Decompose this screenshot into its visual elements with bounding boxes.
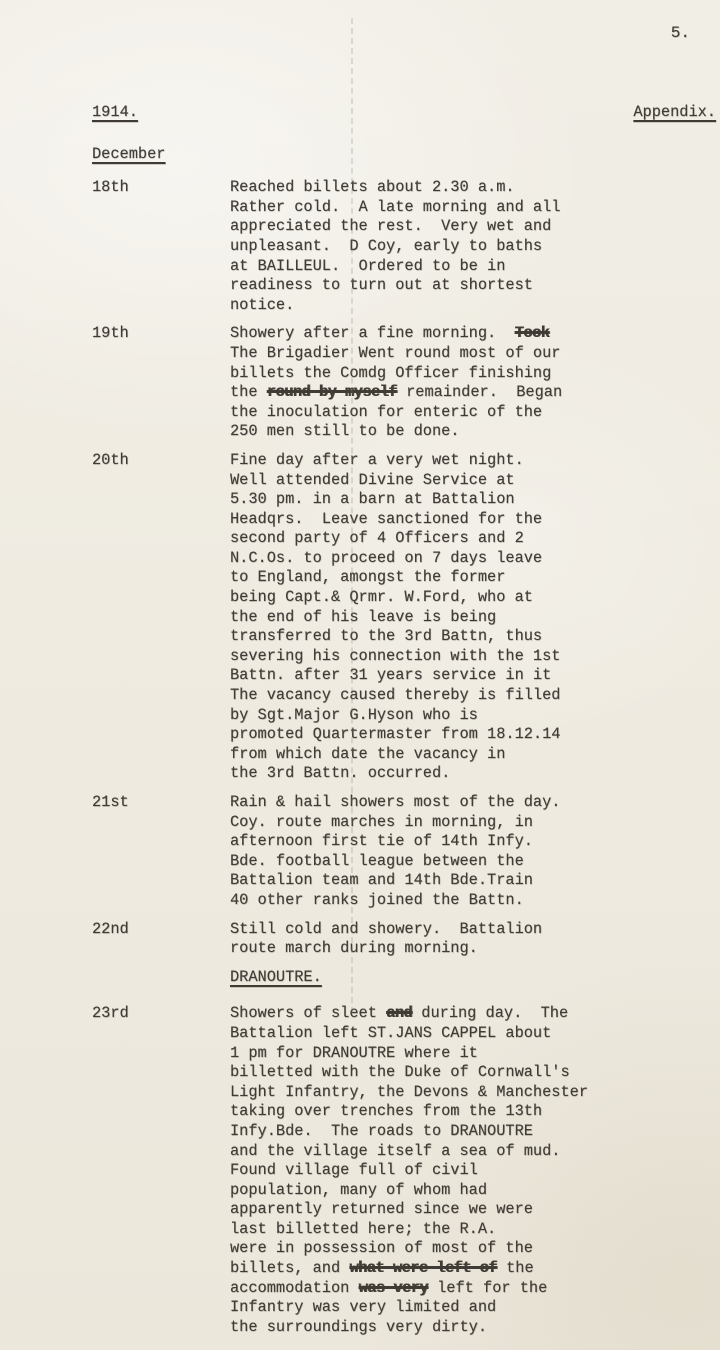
entry-text: The Brigadier Went round most of our (230, 344, 560, 362)
entry-line: Well attended Divine Service at (230, 471, 716, 491)
entry-text: Fine day after a very wet night. (230, 451, 524, 469)
entry-line: taking over trenches from the 13th (230, 1102, 716, 1122)
entry-line: billets, and what were left of the (230, 1259, 716, 1279)
entry-text: Headqrs. Leave sanctioned for the (230, 510, 542, 528)
entry-text: Still cold and showery. Battalion (230, 920, 542, 938)
entry-text: from which date the vacancy in (230, 745, 505, 763)
year-heading: 1914. (92, 103, 138, 123)
entry-line: the round by myself remainder. Began (230, 383, 716, 403)
entry-text: N.C.Os. to proceed on 7 days leave (230, 549, 542, 567)
entry-line: being Capt.& Qrmr. W.Ford, who at (230, 588, 716, 608)
entry-line: route march during morning. (230, 939, 716, 959)
diary-entry: 19thShowery after a fine morning. TookTh… (92, 324, 716, 442)
diary-entry: 20thFine day after a very wet night.Well… (92, 451, 716, 784)
entry-text: being Capt.& Qrmr. W.Ford, who at (230, 588, 533, 606)
entry-line: Rather cold. A late morning and all (230, 198, 716, 218)
entry-text: billets the Comdg Officer finishing (230, 364, 551, 382)
entry-text: the (230, 383, 267, 401)
place-heading-text: DRANOUTRE. (230, 968, 322, 986)
entry-text: The vacancy caused thereby is filled (230, 686, 560, 704)
entry-line: Infantry was very limited and (230, 1298, 716, 1318)
entry-text: the surroundings very dirty. (230, 1318, 487, 1336)
struck-text: Took (515, 324, 550, 342)
entry-line: 1 pm for DRANOUTRE where it (230, 1044, 716, 1064)
entry-line: billets the Comdg Officer finishing (230, 364, 716, 384)
diary-entries: 18thReached billets about 2.30 a.m.Rathe… (92, 178, 716, 1337)
entry-line: readiness to turn out at shortest (230, 276, 716, 296)
entry-text: Showery after a fine morning. (230, 324, 515, 342)
entry-line: Infy.Bde. The roads to DRANOUTRE (230, 1122, 716, 1142)
entry-text: remainder. Began (397, 383, 562, 401)
entry-text: left for the (428, 1279, 547, 1297)
entry-text: accommodation (230, 1279, 359, 1297)
entry-text: Bde. football league between the (230, 852, 524, 870)
entry-text: 250 men still to be done. (230, 422, 460, 440)
entry-text: the (497, 1259, 534, 1277)
entry-line: second party of 4 Officers and 2 (230, 529, 716, 549)
entry-text: taking over trenches from the 13th (230, 1102, 542, 1120)
struck-text: was very (359, 1279, 428, 1297)
entry-text: by Sgt.Major G.Hyson who is (230, 706, 478, 724)
diary-entry: 23rdShowers of sleet and during day. The… (92, 1004, 716, 1337)
month-heading: December (92, 145, 716, 165)
entry-text: transferred to the 3rd Battn, thus (230, 627, 542, 645)
entry-line: transferred to the 3rd Battn, thus (230, 627, 716, 647)
entry-line: accommodation was very left for the (230, 1279, 716, 1299)
entry-text: promoted Quartermaster from 18.12.14 (230, 725, 560, 743)
entry-line: notice. (230, 296, 716, 316)
entry-line: the surroundings very dirty. (230, 1318, 716, 1338)
document-page: 5. 1914. Appendix. December 18thReached … (0, 0, 720, 1350)
entry-line: Bde. football league between the (230, 852, 716, 872)
entry-lines: Rain & hail showers most of the day.Coy.… (230, 793, 716, 911)
entry-line: 40 other ranks joined the Battn. (230, 891, 716, 911)
entry-text: 40 other ranks joined the Battn. (230, 891, 524, 909)
entry-text: billets, and (230, 1259, 349, 1277)
entry-line: last billetted here; the R.A. (230, 1220, 716, 1240)
entry-line: 5.30 pm. in a barn at Battalion (230, 490, 716, 510)
entry-line: and the village itself a sea of mud. (230, 1142, 716, 1162)
entry-date: 19th (92, 324, 230, 442)
entry-line: to England, amongst the former (230, 568, 716, 588)
entry-text: readiness to turn out at shortest (230, 276, 533, 294)
entry-text: 1 pm for DRANOUTRE where it (230, 1044, 478, 1062)
entry-line: Headqrs. Leave sanctioned for the (230, 510, 716, 530)
entry-line: Showery after a fine morning. Took (230, 324, 716, 344)
struck-text: and (386, 1004, 412, 1022)
entry-text: were in possession of most of the (230, 1239, 533, 1257)
entry-text: notice. (230, 296, 294, 314)
entry-text: Reached billets about 2.30 a.m. (230, 178, 515, 196)
entry-date: 20th (92, 451, 230, 784)
entry-text: the end of his leave is being (230, 608, 496, 626)
entry-line: were in possession of most of the (230, 1239, 716, 1259)
entry-text: billetted with the Duke of Cornwall's (230, 1063, 570, 1081)
entry-line: appreciated the rest. Very wet and (230, 217, 716, 237)
entry-line: Found village full of civil (230, 1161, 716, 1181)
entry-line: Reached billets about 2.30 a.m. (230, 178, 716, 198)
entry-text: Rain & hail showers most of the day. (230, 793, 560, 811)
entry-line: from which date the vacancy in (230, 745, 716, 765)
entry-line: Battalion left ST.JANS CAPPEL about (230, 1024, 716, 1044)
entry-text: population, many of whom had (230, 1181, 487, 1199)
entry-text: unpleasant. D Coy, early to baths (230, 237, 542, 255)
place-heading: DRANOUTRE. (230, 968, 716, 988)
entry-text: Coy. route marches in morning, in (230, 813, 533, 831)
entry-line: at BAILLEUL. Ordered to be in (230, 257, 716, 277)
entry-lines: Reached billets about 2.30 a.m.Rather co… (230, 178, 716, 315)
entry-text: severing his connection with the 1st (230, 647, 560, 665)
entry-text: the 3rd Battn. occurred. (230, 764, 450, 782)
entry-lines: Showers of sleet and during day. TheBatt… (230, 1004, 716, 1337)
entry-text: Rather cold. A late morning and all (230, 198, 560, 216)
entry-line: population, many of whom had (230, 1181, 716, 1201)
entry-line: severing his connection with the 1st (230, 647, 716, 667)
entry-line: 250 men still to be done. (230, 422, 716, 442)
entry-text: Found village full of civil (230, 1161, 478, 1179)
entry-text: during day. The (412, 1004, 568, 1022)
paper-fold-line (351, 18, 353, 1013)
entry-text: second party of 4 Officers and 2 (230, 529, 524, 547)
entry-text: Showers of sleet (230, 1004, 386, 1022)
entry-line: N.C.Os. to proceed on 7 days leave (230, 549, 716, 569)
entry-text: Battalion left ST.JANS CAPPEL about (230, 1024, 551, 1042)
entry-text: last billetted here; the R.A. (230, 1220, 496, 1238)
entry-text: to England, amongst the former (230, 568, 505, 586)
entry-lines: Still cold and showery. Battalionroute m… (230, 920, 716, 959)
entry-line: afternoon first tie of 14th Infy. (230, 832, 716, 852)
entry-text: Infantry was very limited and (230, 1298, 496, 1316)
entry-line: the inoculation for enteric of the (230, 403, 716, 423)
entry-line: Battn. after 31 years service in it (230, 666, 716, 686)
entry-lines: Showery after a fine morning. TookThe Br… (230, 324, 716, 442)
entry-text: Battalion team and 14th Bde.Train (230, 871, 533, 889)
entry-line: Showers of sleet and during day. The (230, 1004, 716, 1024)
diary-entry: 21stRain & hail showers most of the day.… (92, 793, 716, 911)
entry-line: by Sgt.Major G.Hyson who is (230, 706, 716, 726)
appendix-label: Appendix. (633, 103, 716, 123)
entry-text: route march during morning. (230, 939, 478, 957)
entry-text: 5.30 pm. in a barn at Battalion (230, 490, 515, 508)
entry-line: apparently returned since we were (230, 1200, 716, 1220)
entry-line: Fine day after a very wet night. (230, 451, 716, 471)
page-number: 5. (671, 24, 690, 44)
entry-line: the end of his leave is being (230, 608, 716, 628)
entry-date: 18th (92, 178, 230, 315)
entry-line: The Brigadier Went round most of our (230, 344, 716, 364)
entry-line: Rain & hail showers most of the day. (230, 793, 716, 813)
diary-entry: 18thReached billets about 2.30 a.m.Rathe… (92, 178, 716, 315)
entry-text: the inoculation for enteric of the (230, 403, 542, 421)
struck-text: what were left of (349, 1259, 497, 1277)
entry-text: at BAILLEUL. Ordered to be in (230, 257, 505, 275)
entry-text: and the village itself a sea of mud. (230, 1142, 560, 1160)
entry-line: unpleasant. D Coy, early to baths (230, 237, 716, 257)
entry-lines: Fine day after a very wet night.Well att… (230, 451, 716, 784)
entry-text: Infy.Bde. The roads to DRANOUTRE (230, 1122, 533, 1140)
struck-text: round by myself (267, 383, 397, 401)
entry-line: Still cold and showery. Battalion (230, 920, 716, 940)
entry-line: Battalion team and 14th Bde.Train (230, 871, 716, 891)
diary-entry: 22ndStill cold and showery. Battalionrou… (92, 920, 716, 959)
entry-line: The vacancy caused thereby is filled (230, 686, 716, 706)
entry-text: apparently returned since we were (230, 1200, 533, 1218)
entry-date: 22nd (92, 920, 230, 959)
entry-date: 21st (92, 793, 230, 911)
entry-text: Well attended Divine Service at (230, 471, 515, 489)
entry-line: the 3rd Battn. occurred. (230, 764, 716, 784)
entry-text: Battn. after 31 years service in it (230, 666, 551, 684)
entry-text: Light Infantry, the Devons & Manchester (230, 1083, 588, 1101)
entry-line: promoted Quartermaster from 18.12.14 (230, 725, 716, 745)
entry-line: Coy. route marches in morning, in (230, 813, 716, 833)
entry-text: afternoon first tie of 14th Infy. (230, 832, 533, 850)
entry-text: appreciated the rest. Very wet and (230, 217, 551, 235)
entry-line: Light Infantry, the Devons & Manchester (230, 1083, 716, 1103)
entry-date: 23rd (92, 1004, 230, 1337)
entry-line: billetted with the Duke of Cornwall's (230, 1063, 716, 1083)
header-row: 1914. Appendix. (92, 103, 716, 123)
